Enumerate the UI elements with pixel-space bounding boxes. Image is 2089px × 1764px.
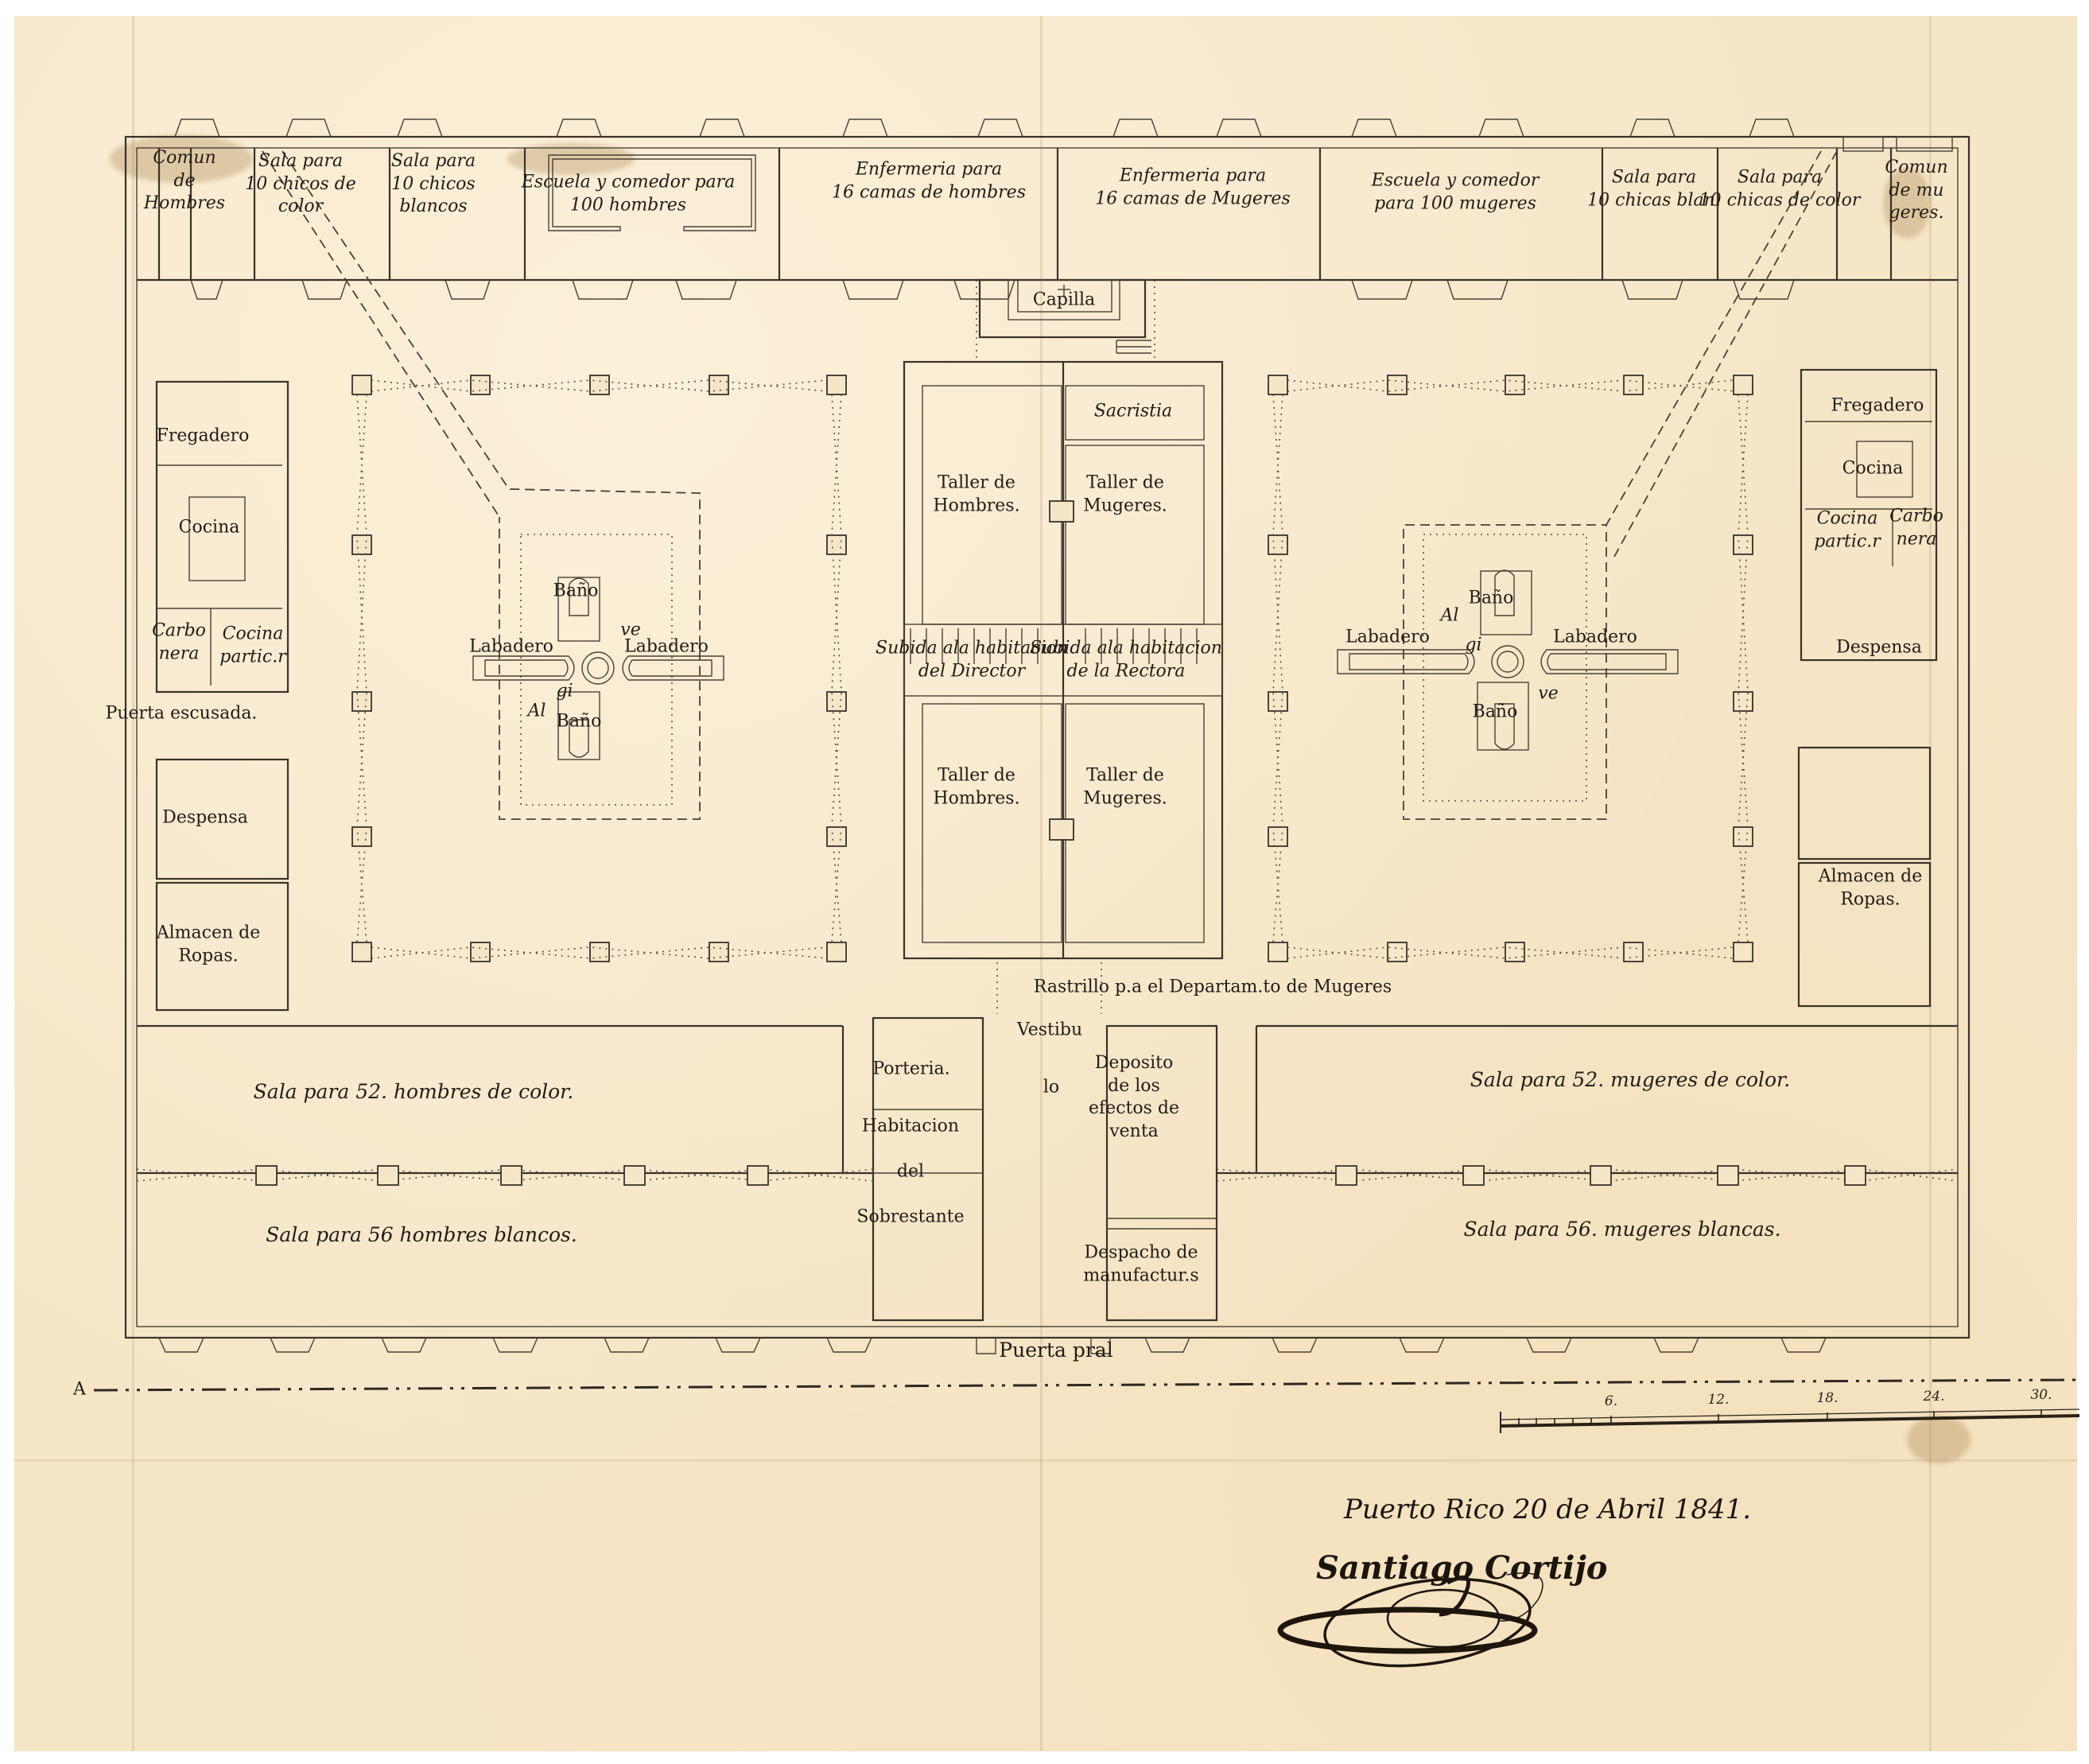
room-label-vestibulo-2: lo [1043, 1077, 1059, 1100]
room-label-labadero-r-left: Labadero [1345, 627, 1430, 650]
room-label-sala-chicas-color: Sala para 10 chicas de color [1699, 166, 1861, 212]
room-label-subida-rectora: Subida ala habitacion de la Rectora [1030, 637, 1222, 682]
room-label-carbonera-l: Carbo nera [152, 620, 206, 665]
room-label-vestibulo-1: Vestibu [1017, 1020, 1082, 1043]
room-label-cocina-l: Cocina [179, 517, 240, 540]
room-label-escuela-mugeres: Escuela y comedor para 100 mugeres [1372, 169, 1540, 215]
scale-bar [1501, 1409, 2079, 1433]
right-courtyard-arcade [1268, 151, 1837, 962]
room-label-comun-hombres: Comun de Hombres [144, 147, 225, 216]
room-label-taller-mugeres-1: Taller de Mugeres. [1083, 472, 1167, 517]
room-label-deposito: Deposito de los efectos de venta [1089, 1052, 1179, 1143]
scale-tick-label: 24. [1923, 1389, 1944, 1405]
room-label-cocina-r: Cocina [1842, 458, 1904, 481]
floor-plan-drawing [0, 0, 2089, 1764]
room-label-sala-chicos-blancos: Sala para 10 chicos blancos [391, 150, 476, 219]
room-label-sala-56-mugeres: Sala para 56. mugeres blancas. [1463, 1217, 1780, 1243]
room-label-sala-52-hombres: Sala para 52. hombres de color. [254, 1079, 574, 1105]
room-label-porteria: Porteria. [872, 1059, 949, 1082]
room-label-gi-l: gi [556, 681, 573, 704]
room-label-fregadero-r: Fregadero [1831, 395, 1924, 418]
room-label-sala-52-mugeres: Sala para 52. mugeres de color. [1470, 1067, 1790, 1094]
left-courtyard-arcade [262, 151, 846, 962]
section-line [94, 1380, 2079, 1390]
room-label-taller-hombres-2: Taller de Hombres. [933, 764, 1019, 810]
room-label-taller-hombres-1: Taller de Hombres. [933, 472, 1019, 517]
room-label-al-l: Al [528, 701, 546, 724]
scale-tick-label: 18. [1816, 1390, 1838, 1406]
scale-tick-label: 30. [2030, 1387, 2052, 1403]
room-label-puerta-escusada: Puerta escusada. [106, 703, 258, 726]
room-label-rastrillo: Rastrillo p.a el Departam.to de Mugeres [1034, 977, 1392, 1000]
room-label-ve-l: ve [620, 620, 640, 643]
room-label-al-r: Al [1441, 605, 1459, 628]
scale-tick-label: 12. [1707, 1392, 1729, 1408]
room-label-almacen-ropas-r: Almacen de Ropas. [1819, 865, 1923, 911]
entrance-label: Puerta pral [999, 1338, 1112, 1364]
section-line-label: A [73, 1379, 86, 1402]
room-label-despensa-l: Despensa [162, 807, 248, 830]
room-label-enfermeria-hombres: Enfermeria para 16 camas de hombres [832, 158, 1026, 204]
signature-name: Santiago Cortijo [1316, 1549, 1607, 1587]
room-label-sala-chicos-color: Sala para 10 chicos de color [245, 150, 355, 219]
room-label-habitacion-sobrestante: Habitacion del Sobrestante [856, 1116, 964, 1230]
room-label-labadero-r-right: Labadero [1553, 627, 1637, 650]
room-label-sacristia: Sacristia [1094, 401, 1172, 424]
room-label-cocina-particular-r: Cocina partic.r [1814, 507, 1880, 553]
outer-walls [126, 137, 1969, 1338]
room-label-fregadero-l: Fregadero [157, 425, 250, 449]
room-label-gi-r: gi [1465, 635, 1481, 658]
room-label-taller-mugeres-2: Taller de Mugeres. [1083, 764, 1167, 810]
room-label-cocina-particular-l: Cocina partic.r [219, 623, 285, 668]
scale-tick-label: 6. [1605, 1393, 1617, 1409]
room-label-escuela-hombres: Escuela y comedor para 100 hombres [522, 171, 736, 216]
room-label-bano-l-bottom: Baño [557, 711, 602, 734]
room-label-bano-r-bottom: Baño [1473, 701, 1518, 725]
room-label-labadero-l-left: Labadero [469, 636, 553, 659]
room-label-sala-56-hombres: Sala para 56 hombres blancos. [266, 1222, 577, 1249]
room-label-despensa-r: Despensa [1836, 637, 1922, 660]
room-label-almacen-ropas-l: Almacen de Ropas. [157, 922, 261, 967]
room-label-despacho: Despacho de manufactur.s [1083, 1241, 1198, 1287]
room-label-bano-r-top: Baño [1469, 588, 1514, 611]
room-label-comun-mugeres: Comun de mu geres. [1885, 157, 1947, 225]
room-label-bano-l-top: Baño [553, 581, 599, 604]
place-date-text: Puerto Rico 20 de Abril 1841. [1344, 1494, 1751, 1525]
room-label-ve-r: ve [1538, 683, 1558, 706]
room-label-capilla: Capilla [1033, 289, 1095, 313]
room-label-carbonera-r: Carbo nera [1889, 505, 1943, 550]
room-label-enfermeria-mugeres: Enfermeria para 16 camas de Mugeres [1095, 165, 1290, 210]
